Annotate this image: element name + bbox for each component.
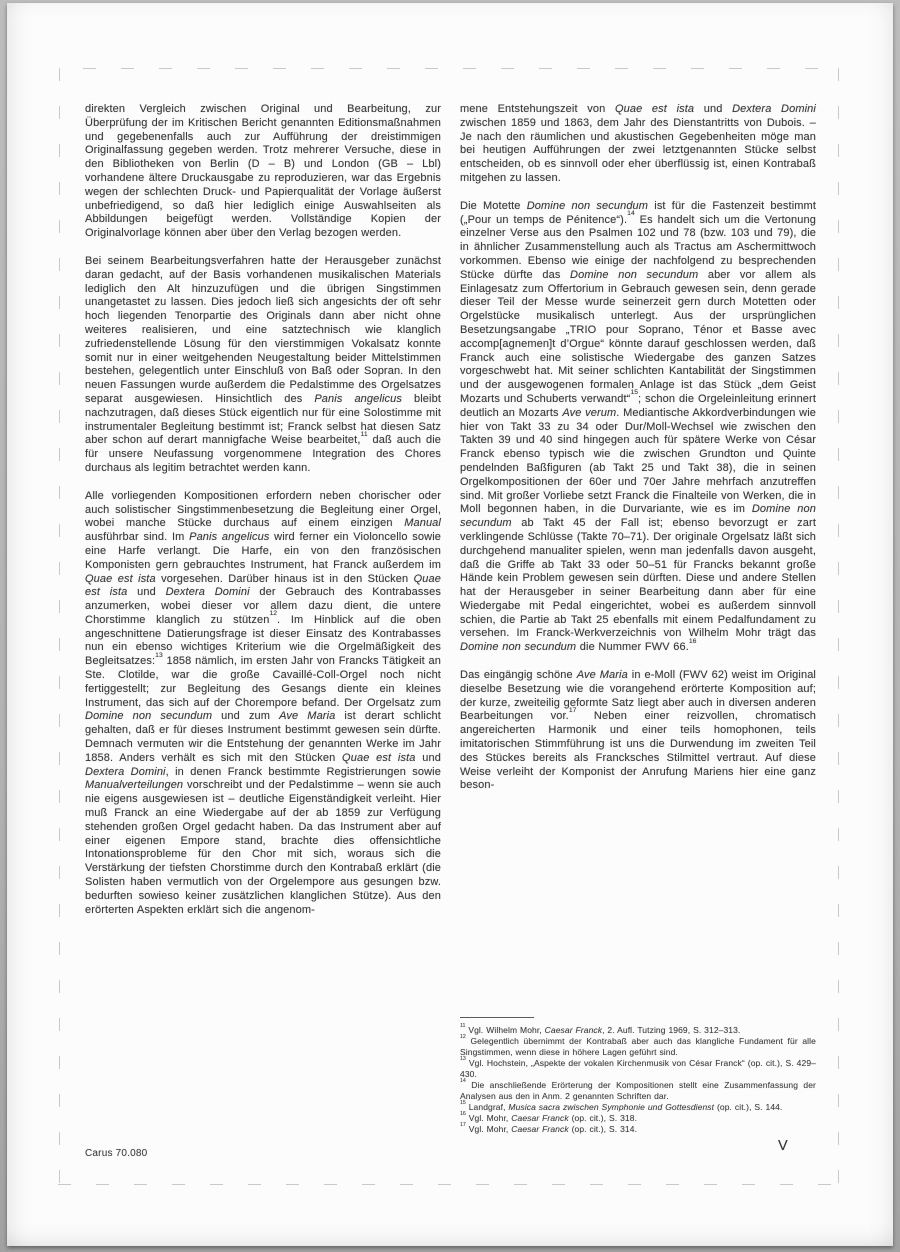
paragraph: direkten Vergleich zwischen Original und… <box>85 103 441 241</box>
footnote: 13 Vgl. Hochstein, „Aspekte der vokalen … <box>460 1058 816 1080</box>
paragraph: mene Entstehungszeit von Quae est ista u… <box>460 103 816 186</box>
footnote-reference: 17 <box>460 1122 466 1128</box>
crop-mark-right <box>838 68 839 1184</box>
footnote-reference: 17 <box>569 707 577 714</box>
footnote-reference: 11 <box>460 1023 465 1029</box>
edition-number-footer: Carus 70.080 <box>85 1148 147 1159</box>
paragraph: Das eingängig schöne Ave Maria in e-Moll… <box>460 669 816 793</box>
crop-mark-top <box>83 68 838 69</box>
footnote: 17 Vgl. Mohr, Caesar Franck (op. cit.), … <box>460 1124 816 1135</box>
footnote: 12 Gelegentlich übernimmt der Kontrabaß … <box>460 1036 816 1058</box>
footnote-list: 11 Vgl. Wilhelm Mohr, Caesar Franck, 2. … <box>460 1025 816 1135</box>
footnote-reference: 11 <box>361 431 368 438</box>
footnote-reference: 16 <box>689 638 697 645</box>
paragraph: Alle vorliegenden Kompositionen erforder… <box>85 490 441 918</box>
footnote-reference: 14 <box>627 210 635 217</box>
footnote: 14 Die anschließende Erörterung der Komp… <box>460 1080 816 1102</box>
footnote-reference: 13 <box>460 1056 466 1062</box>
footnote-reference: 15 <box>630 389 638 396</box>
paragraph: Bei seinem Bearbeitungsverfahren hatte d… <box>85 255 441 476</box>
footnote: 11 Vgl. Wilhelm Mohr, Caesar Franck, 2. … <box>460 1025 816 1036</box>
footnote-reference: 15 <box>460 1100 466 1106</box>
footnote-separator-rule <box>460 1017 534 1018</box>
footnote-reference: 13 <box>155 652 163 659</box>
right-text-column: mene Entstehungszeit von Quae est ista u… <box>460 103 816 1135</box>
paragraph: Die Motette Domine non secundum ist für … <box>460 200 816 655</box>
left-text-column: direkten Vergleich zwischen Original und… <box>85 103 441 917</box>
footnote: 16 Vgl. Mohr, Caesar Franck (op. cit.), … <box>460 1113 816 1124</box>
right-column-paragraphs: mene Entstehungszeit von Quae est ista u… <box>460 103 816 793</box>
footnote: 15 Landgraf, Musica sacra zwischen Symph… <box>460 1102 816 1113</box>
footnote-reference: 14 <box>460 1078 466 1084</box>
footnote-reference: 12 <box>460 1034 466 1040</box>
crop-mark-bottom <box>58 1184 838 1185</box>
footnote-reference: 12 <box>269 610 277 617</box>
footnote-reference: 16 <box>460 1111 466 1117</box>
crop-mark-left <box>59 68 60 1184</box>
page-number: V <box>778 1138 788 1154</box>
footnotes-block: 11 Vgl. Wilhelm Mohr, Caesar Franck, 2. … <box>460 1017 816 1135</box>
